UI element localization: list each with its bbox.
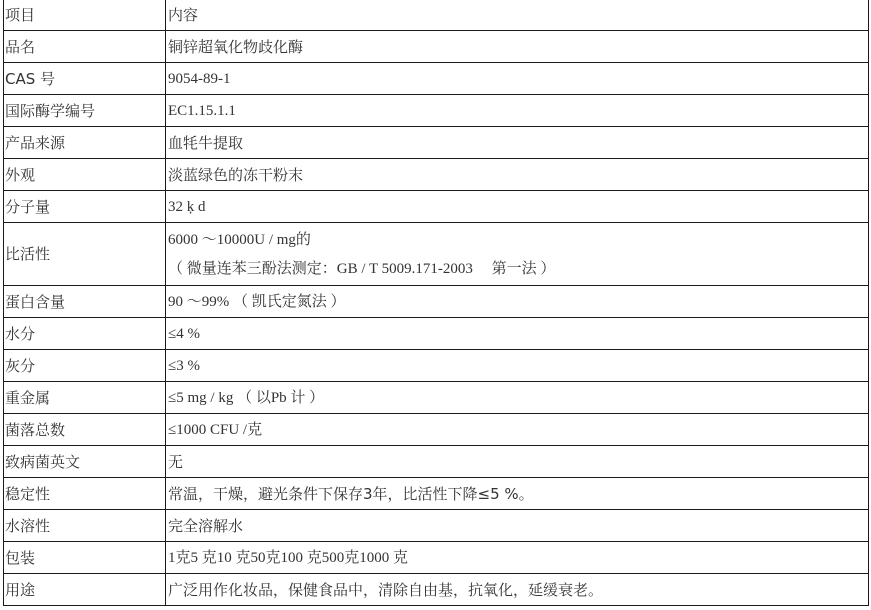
row-key: 用途 — [4, 574, 166, 606]
table-row-molecular-weight: 分子量 32 ķ d — [4, 191, 869, 223]
row-value: ≤1000 CFU /克 — [166, 414, 869, 446]
row-value: ≤3 % — [166, 350, 869, 382]
row-value: EC1.15.1.1 — [166, 95, 869, 127]
row-value: 常温，干燥，避光条件下保存3年，比活性下降≤5 %。 — [166, 478, 869, 510]
product-spec-table: 项目 内容 品名 铜锌超氧化物歧化酶 CAS 号 9054-89-1 国际酶学编… — [3, 0, 869, 606]
table-row-cas: CAS 号 9054-89-1 — [4, 63, 869, 95]
row-value: 铜锌超氧化物歧化酶 — [166, 31, 869, 63]
row-key: 稳定性 — [4, 478, 166, 510]
row-key: 水分 — [4, 318, 166, 350]
table-row-appearance: 外观 淡蓝绿色的冻干粉末 — [4, 159, 869, 191]
row-key: 致病菌英文 — [4, 446, 166, 478]
row-key: 蛋白含量 — [4, 286, 166, 318]
row-key: 灰分 — [4, 350, 166, 382]
table-row-name: 品名 铜锌超氧化物歧化酶 — [4, 31, 869, 63]
row-value: 90 ～99% （ 凯氏定氮法 ） — [166, 286, 869, 318]
table-row-packaging: 包装 1克5 克10 克50克100 克500克1000 克 — [4, 542, 869, 574]
row-key: 品名 — [4, 31, 166, 63]
row-key: 包装 — [4, 542, 166, 574]
row-value: 1克5 克10 克50克100 克500克1000 克 — [166, 542, 869, 574]
table-row-stability: 稳定性 常温，干燥，避光条件下保存3年，比活性下降≤5 %。 — [4, 478, 869, 510]
row-key: 国际酶学编号 — [4, 95, 166, 127]
row-value: 6000 ～10000U / mg的 （ 微量连苯三酚法测定：GB / T 50… — [166, 223, 869, 286]
table-row-source: 产品来源 血牦牛提取 — [4, 127, 869, 159]
header-value: 内容 — [166, 0, 869, 31]
row-value: 9054-89-1 — [166, 63, 869, 95]
table-row-pathogens: 致病菌英文 无 — [4, 446, 869, 478]
header-key: 项目 — [4, 0, 166, 31]
table-header-row: 项目 内容 — [4, 0, 869, 31]
row-value-line2: （ 微量连苯三酚法测定：GB / T 5009.171-2003 第一法 ） — [168, 259, 868, 279]
row-value: 完全溶解水 — [166, 510, 869, 542]
row-value: 淡蓝绿色的冻干粉末 — [166, 159, 869, 191]
row-key: 比活性 — [4, 223, 166, 286]
row-value-line1: 6000 ～10000U / mg的 — [168, 230, 868, 250]
row-key: 菌落总数 — [4, 414, 166, 446]
table-row-ash: 灰分 ≤3 % — [4, 350, 869, 382]
row-value: 无 — [166, 446, 869, 478]
row-value: ≤5 mg / kg （ 以Pb 计 ） — [166, 382, 869, 414]
row-value: 32 ķ d — [166, 191, 869, 223]
table-row-specific-activity: 比活性 6000 ～10000U / mg的 （ 微量连苯三酚法测定：GB / … — [4, 223, 869, 286]
row-key: 产品来源 — [4, 127, 166, 159]
row-key: 外观 — [4, 159, 166, 191]
row-key: 水溶性 — [4, 510, 166, 542]
table-row-colony-count: 菌落总数 ≤1000 CFU /克 — [4, 414, 869, 446]
table-row-moisture: 水分 ≤4 % — [4, 318, 869, 350]
row-value: 广泛用作化妆品，保健食品中，清除自由基，抗氧化，延缓衰老。 — [166, 574, 869, 606]
row-value: 血牦牛提取 — [166, 127, 869, 159]
table-row-protein-content: 蛋白含量 90 ～99% （ 凯氏定氮法 ） — [4, 286, 869, 318]
table-row-ec-number: 国际酶学编号 EC1.15.1.1 — [4, 95, 869, 127]
table-row-heavy-metals: 重金属 ≤5 mg / kg （ 以Pb 计 ） — [4, 382, 869, 414]
table-row-solubility: 水溶性 完全溶解水 — [4, 510, 869, 542]
table-row-usage: 用途 广泛用作化妆品，保健食品中，清除自由基，抗氧化，延缓衰老。 — [4, 574, 869, 606]
row-key: 重金属 — [4, 382, 166, 414]
row-key: 分子量 — [4, 191, 166, 223]
row-key: CAS 号 — [4, 63, 166, 95]
row-value: ≤4 % — [166, 318, 869, 350]
